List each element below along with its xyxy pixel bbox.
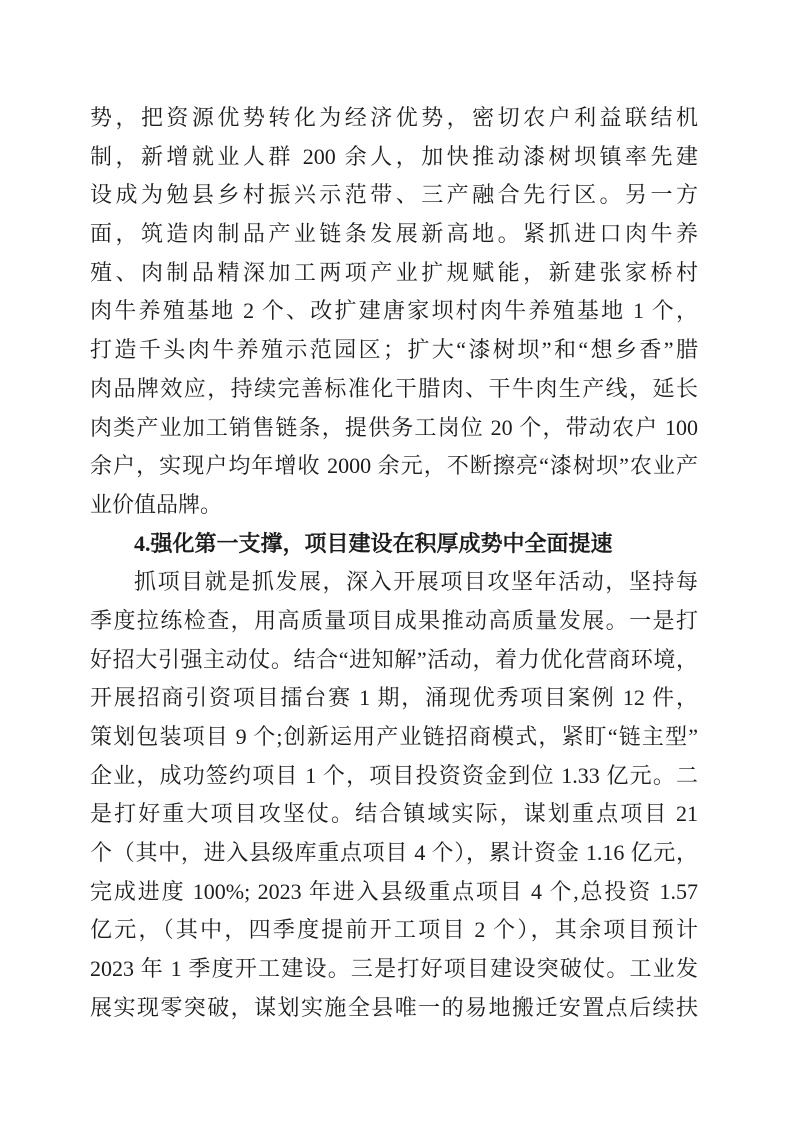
document-page: 势，把资源优势转化为经济优势，密切农户利益联结机制，新增就业人群 200 余人，… — [0, 0, 793, 1122]
text-line: 季度拉练检查，用高质量项目成果推动高质量发展。一是打 — [90, 602, 698, 641]
text-line: 展实现零突破，谋划实施全县唯一的易地搬迁安置点后续扶 — [90, 989, 698, 1028]
text-line: 完成进度 100%; 2023 年进入县级重点项目 4 个,总投资 1.57 — [90, 873, 698, 912]
text-line: 制，新增就业人群 200 余人，加快推动漆树坝镇率先建 — [90, 138, 698, 177]
text-line: 面，筑造肉制品产业链条发展新高地。紧抓进口肉牛养 — [90, 215, 698, 254]
text-line: 亿元，（其中，四季度提前开工项目 2 个），其余项目预计 — [90, 911, 698, 950]
section-heading: 4.强化第一支撑，项目建设在积厚成势中全面提速 — [90, 525, 698, 564]
text-line: 余户，实现户均年增收 2000 余元，不断擦亮“漆树坝”农业产 — [90, 447, 698, 486]
document-body: 势，把资源优势转化为经济优势，密切农户利益联结机制，新增就业人群 200 余人，… — [90, 99, 698, 1028]
text-line: 设成为勉县乡村振兴示范带、三产融合先行区。另一方 — [90, 176, 698, 215]
text-line: 策划包装项目 9 个;创新运用产业链招商模式，紧盯“链主型” — [90, 718, 698, 757]
text-line: 势，把资源优势转化为经济优势，密切农户利益联结机 — [90, 99, 698, 138]
text-line: 抓项目就是抓发展，深入开展项目攻坚年活动，坚持每 — [90, 563, 698, 602]
text-line: 2023 年 1 季度开工建设。三是打好项目建设突破仗。工业发 — [90, 950, 698, 989]
text-line: 肉品牌效应，持续完善标准化干腊肉、干牛肉生产线，延长 — [90, 370, 698, 409]
text-line: 是打好重大项目攻坚仗。结合镇域实际，谋划重点项目 21 — [90, 795, 698, 834]
text-line: 打造千头肉牛养殖示范园区；扩大“漆树坝”和“想乡香”腊 — [90, 331, 698, 370]
text-line: 殖、肉制品精深加工两项产业扩规赋能，新建张家桥村 — [90, 254, 698, 293]
text-line: 肉类产业加工销售链条，提供务工岗位 20 个，带动农户 100 — [90, 409, 698, 448]
text-line: 开展招商引资项目擂台赛 1 期，涌现优秀项目案例 12 件， — [90, 679, 698, 718]
text-line: 肉牛养殖基地 2 个、改扩建唐家坝村肉牛养殖基地 1 个， — [90, 292, 698, 331]
text-line: 个（其中，进入县级库重点项目 4 个），累计资金 1.16 亿元， — [90, 834, 698, 873]
text-line: 业价值品牌。 — [90, 486, 698, 525]
text-line: 好招大引强主动仗。结合“进知解”活动，着力优化营商环境， — [90, 641, 698, 680]
text-line: 企业，成功签约项目 1 个，项目投资资金到位 1.33 亿元。二 — [90, 757, 698, 796]
